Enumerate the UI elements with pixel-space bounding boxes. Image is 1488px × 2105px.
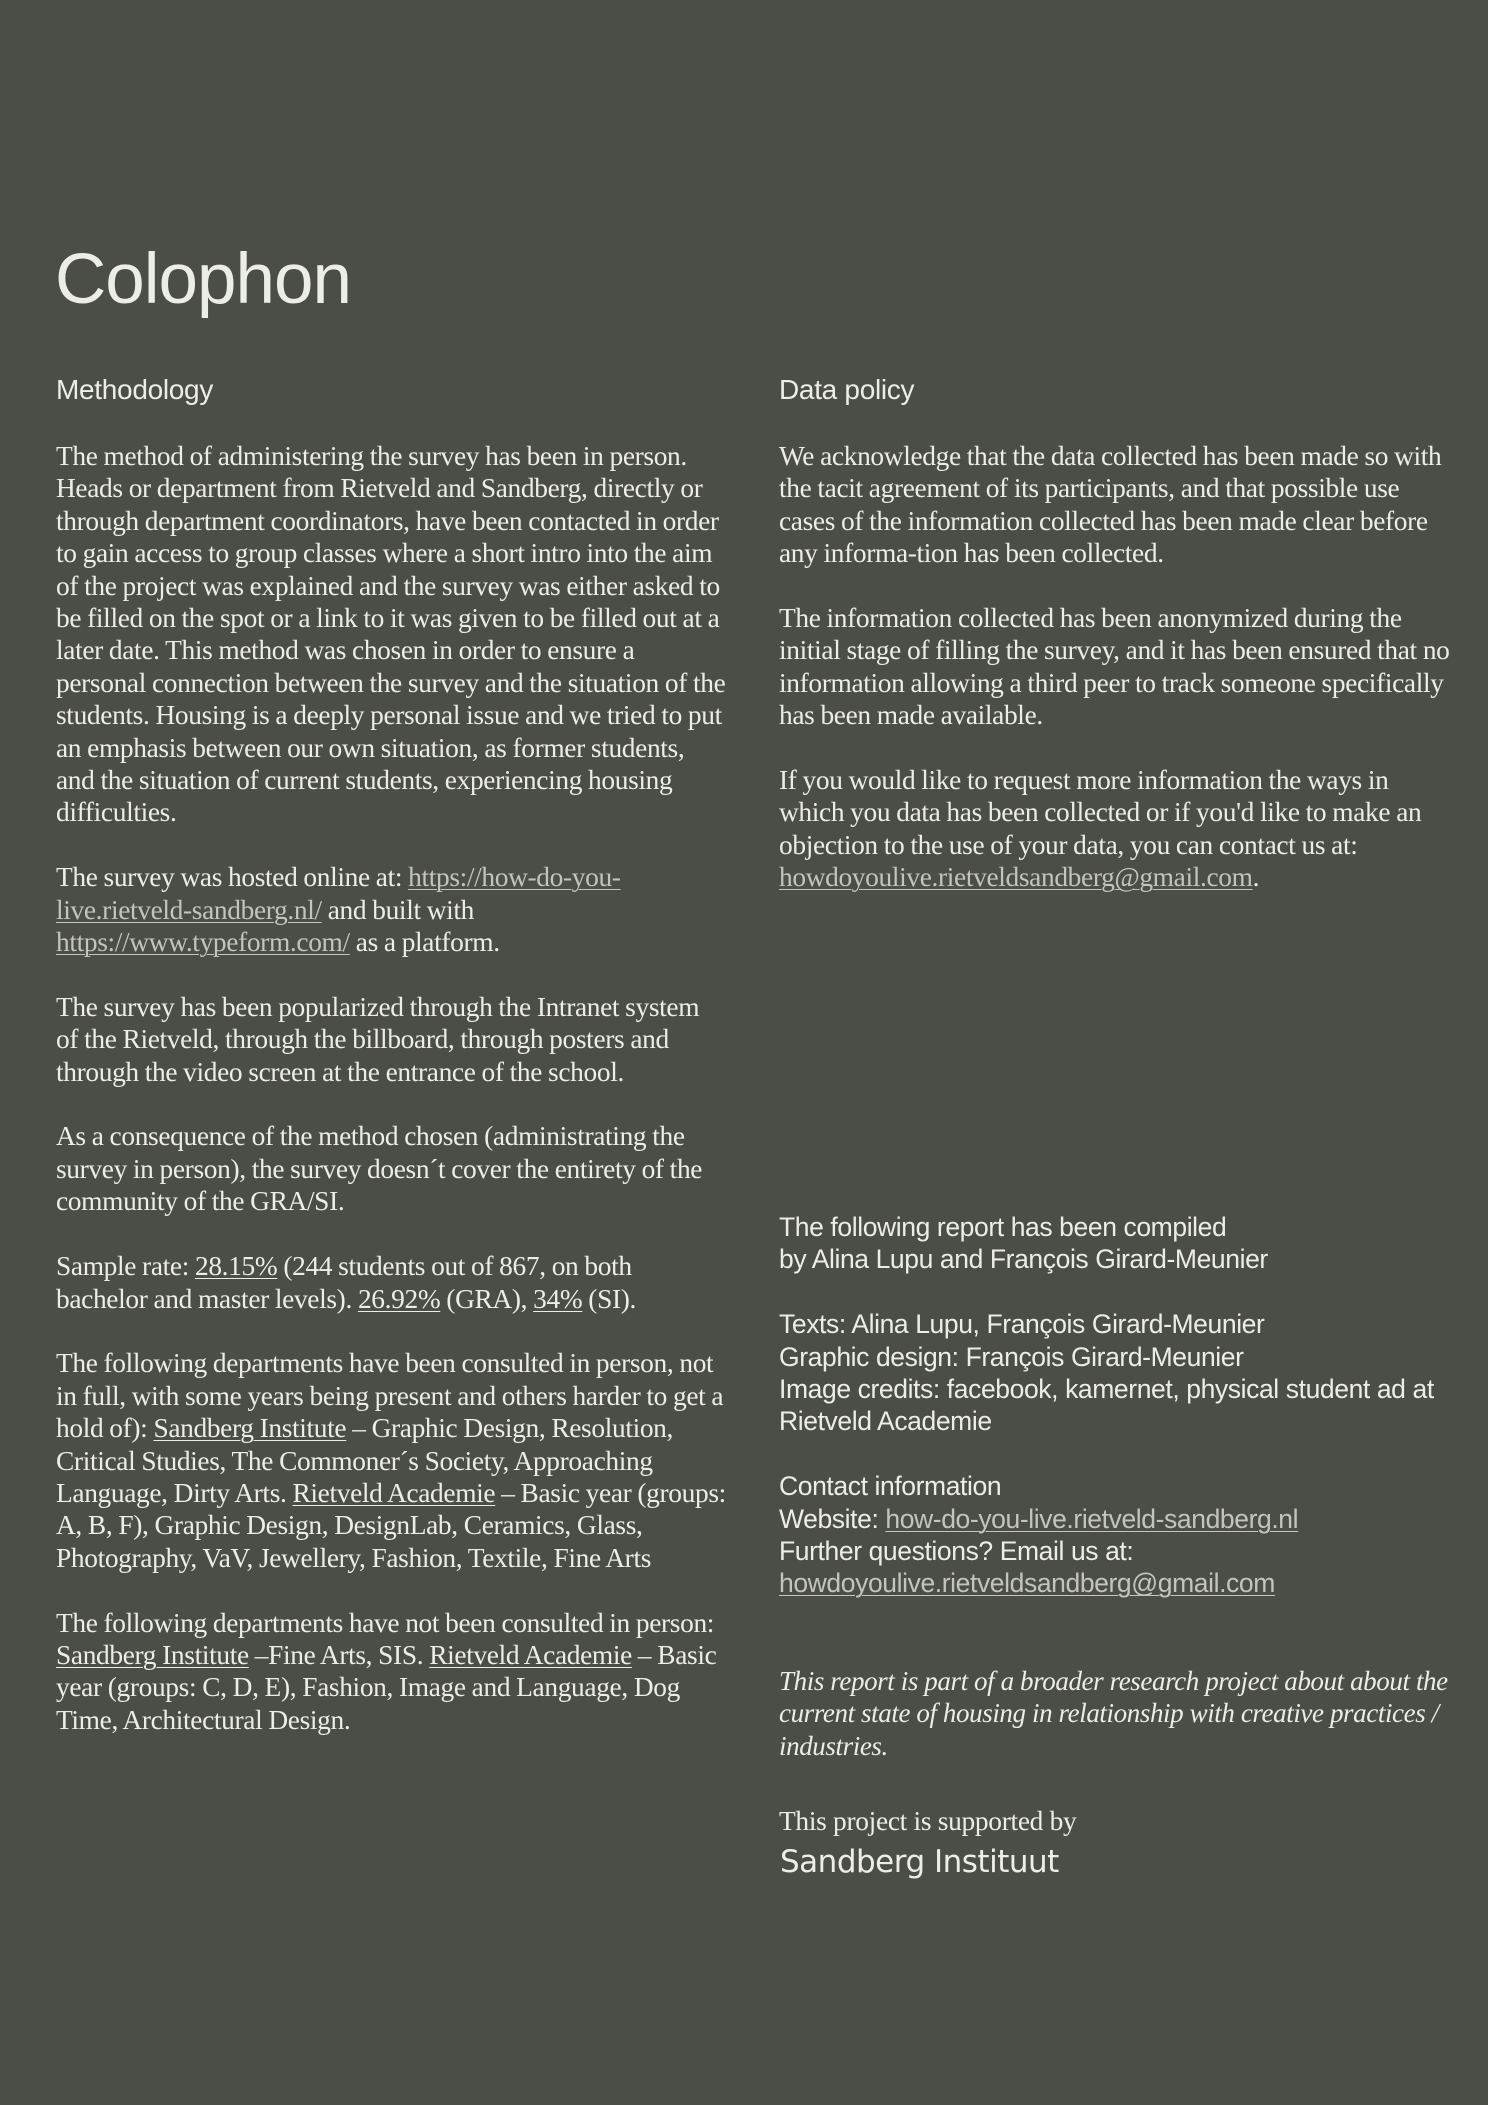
text: The following departments have not been … — [56, 1608, 714, 1638]
sample-rate-si: 34% — [533, 1284, 582, 1314]
support-label: This project is supported by — [779, 1805, 1459, 1837]
text: and built with — [322, 895, 474, 925]
data-policy-paragraph-contact: If you would like to request more inform… — [779, 764, 1459, 894]
sandberg-institute-link[interactable]: Sandberg Institute — [56, 1640, 249, 1670]
contributors: Texts: Alina Lupu, François Girard-Meuni… — [779, 1308, 1459, 1438]
text: (GRA), — [440, 1284, 533, 1314]
text: . — [1253, 862, 1260, 892]
spacer — [56, 408, 726, 440]
sandberg-instituut-logo: Sandberg Instituut — [780, 1842, 1059, 1882]
page-title: Colophon — [55, 238, 351, 322]
rietveld-academie-link[interactable]: Rietveld Academie — [429, 1640, 632, 1670]
contact-information: Contact informationWebsite: how-do-you-l… — [779, 1470, 1459, 1600]
methodology-paragraph-sample-rate: Sample rate: 28.15% (244 students out of… — [56, 1250, 726, 1315]
methodology-heading: Methodology — [56, 372, 726, 408]
contact-email-link[interactable]: howdoyoulive.rietveldsandberg@gmail.com — [779, 862, 1253, 892]
text: The survey was hosted online at: — [56, 862, 408, 892]
sample-rate-gra: 26.92% — [358, 1284, 440, 1314]
sandberg-institute-link[interactable]: Sandberg Institute — [153, 1413, 346, 1443]
research-note: This report is part of a broader researc… — [779, 1665, 1459, 1762]
text: as a platform. — [350, 927, 500, 957]
methodology-paragraph-hosting: The survey was hosted online at: https:/… — [56, 861, 726, 958]
text: The following report has been compiled — [779, 1212, 1226, 1242]
methodology-paragraph-promotion: The survey has been popularized through … — [56, 991, 726, 1088]
methodology-section: Methodology The method of administering … — [56, 372, 726, 1769]
text: Sample rate: — [56, 1251, 195, 1281]
rietveld-academie-link[interactable]: Rietveld Academie — [293, 1478, 496, 1508]
compiled-by: The following report has been compiledby… — [779, 1211, 1459, 1276]
data-policy-body: We acknowledge that the data collected h… — [779, 440, 1459, 894]
credits-section: The following report has been compiledby… — [779, 1211, 1459, 1632]
text: Further questions? Email us at: — [779, 1536, 1133, 1566]
data-policy-paragraph-anonymized: The information collected has been anony… — [779, 602, 1459, 732]
text: by Alina Lupu and François Girard-Meunie… — [779, 1244, 1268, 1274]
email-link[interactable]: howdoyoulive.rietveldsandberg@gmail.com — [779, 1568, 1275, 1598]
methodology-paragraph-coverage: As a consequence of the method chosen (a… — [56, 1120, 726, 1217]
graphic-design-credit: Graphic design: François Girard-Meunier — [779, 1342, 1244, 1372]
methodology-body: The method of administering the survey h… — [56, 440, 726, 1736]
website-link[interactable]: how-do-you-live.rietveld-sandberg.nl — [885, 1504, 1298, 1534]
data-policy-heading: Data policy — [779, 372, 1459, 408]
sample-rate-total: 28.15% — [195, 1251, 277, 1281]
typeform-url-link[interactable]: https://www.typeform.com/ — [56, 927, 350, 957]
methodology-paragraph-consulted: The following departments have been cons… — [56, 1347, 726, 1574]
text: Website: — [779, 1504, 885, 1534]
contact-heading: Contact information — [779, 1471, 1001, 1501]
text: If you would like to request more inform… — [779, 765, 1421, 860]
text: –Fine Arts, SIS. — [249, 1640, 429, 1670]
image-credit: Image credits: facebook, kamernet, physi… — [779, 1374, 1434, 1436]
text: (SI). — [582, 1284, 636, 1314]
data-policy-paragraph-consent: We acknowledge that the data collected h… — [779, 440, 1459, 570]
texts-credit: Texts: Alina Lupu, François Girard-Meuni… — [779, 1309, 1264, 1339]
data-policy-section: Data policy We acknowledge that the data… — [779, 372, 1459, 926]
spacer — [779, 408, 1459, 440]
methodology-paragraph-not-consulted: The following departments have not been … — [56, 1607, 726, 1737]
methodology-paragraph-method: The method of administering the survey h… — [56, 440, 726, 829]
